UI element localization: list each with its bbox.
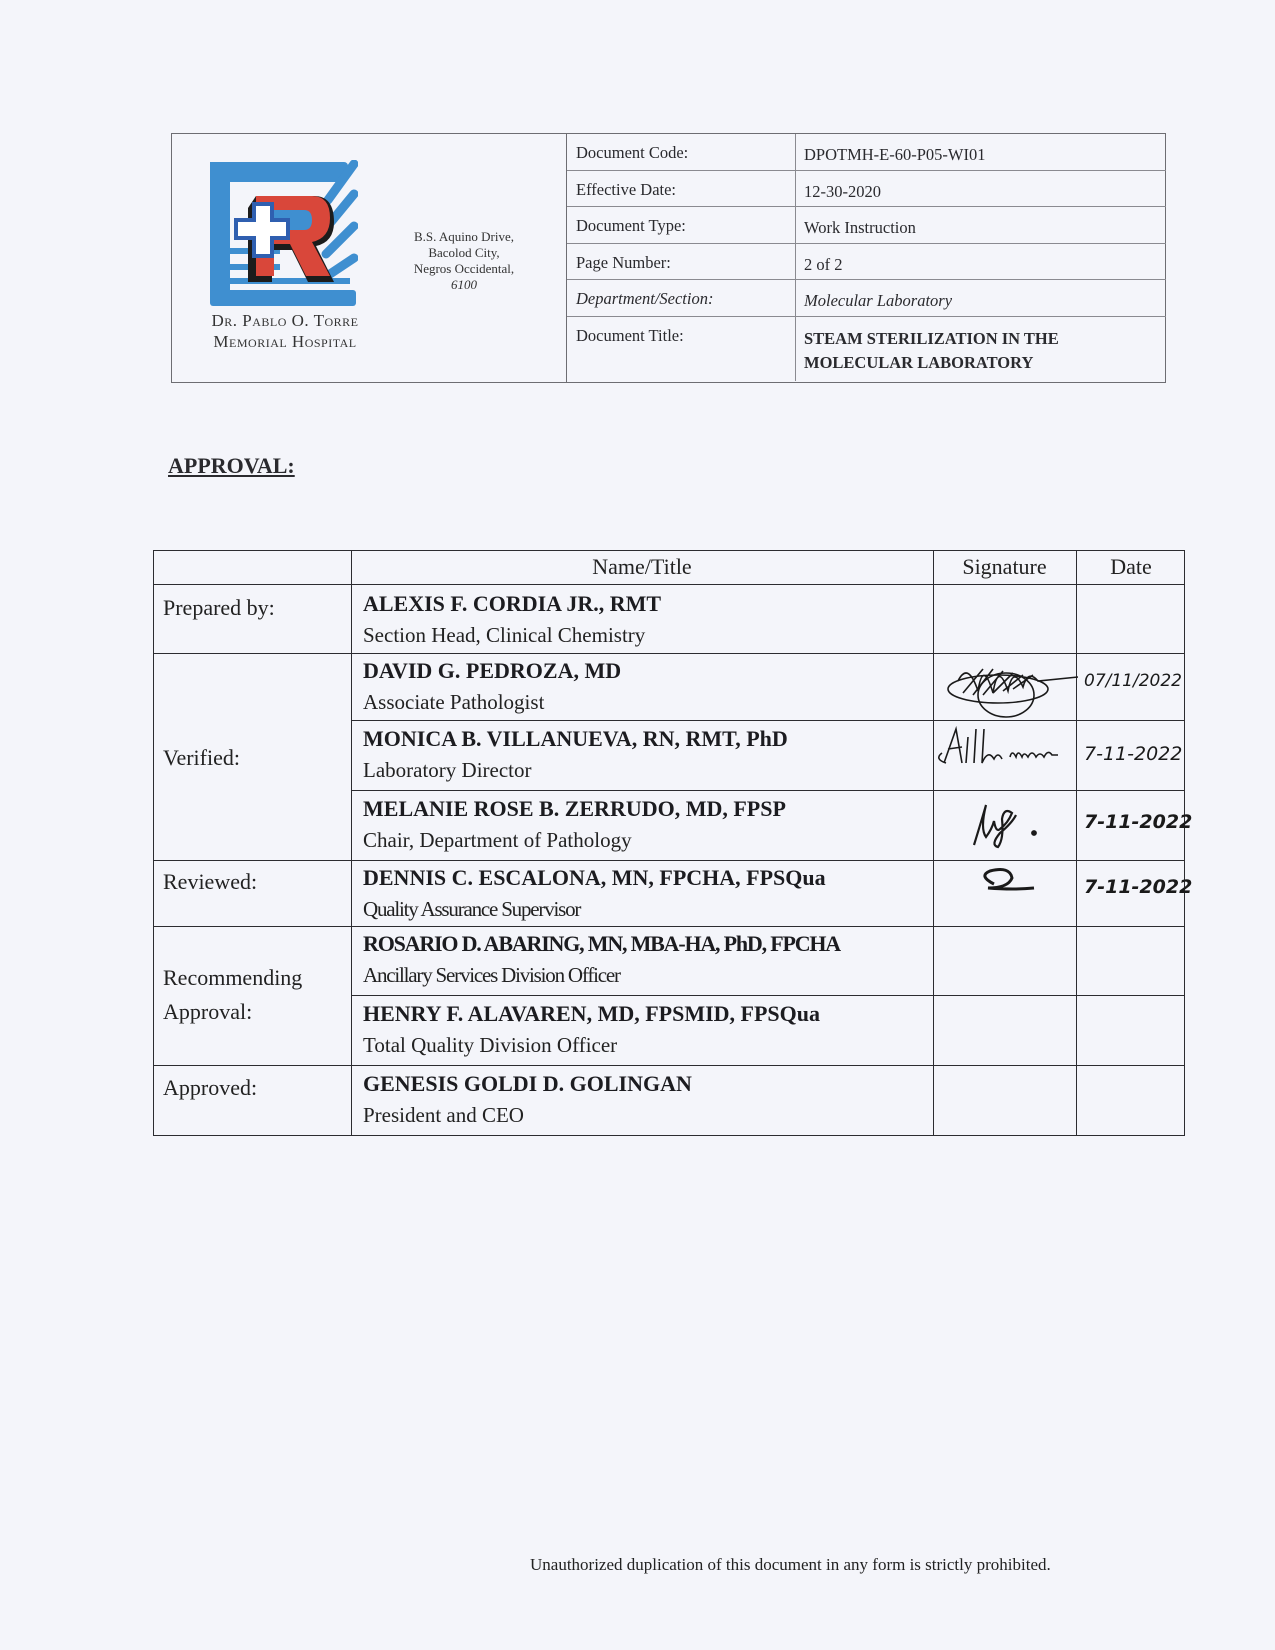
- column-header-signature: Signature: [933, 554, 1076, 580]
- meta-label: Document Type:: [576, 216, 686, 236]
- person-title: Chair, Department of Pathology: [363, 828, 632, 853]
- address-line: Negros Occidental,: [394, 261, 534, 277]
- address-line: B.S. Aquino Drive,: [394, 229, 534, 245]
- logo-cell: Dr. Pablo O. Torre Memorial Hospital B.S…: [172, 134, 566, 382]
- meta-row-document-code: Document Code: DPOTMH-E-60-P05-WI01: [567, 134, 1166, 171]
- meta-label: Page Number:: [576, 253, 671, 273]
- signed-date: 7-11-2022: [1084, 876, 1192, 898]
- person-name: DAVID G. PEDROZA, MD: [363, 658, 621, 684]
- hospital-name: Dr. Pablo O. Torre Memorial Hospital: [180, 310, 390, 352]
- signed-date: 07/11/2022: [1084, 671, 1182, 691]
- signature-zerrudo-icon: [964, 799, 1054, 854]
- approval-heading: APPROVAL:: [168, 453, 295, 479]
- meta-row-effective-date: Effective Date: 12-30-2020: [567, 171, 1166, 207]
- role-recommending-approval: Recommending Approval:: [163, 961, 302, 1029]
- meta-row-document-title: Document Title: STEAM STERILIZATION IN T…: [567, 317, 1166, 381]
- person-title: Total Quality Division Officer: [363, 1033, 617, 1058]
- meta-value: Work Instruction: [804, 216, 1158, 240]
- person-name: ROSARIO D. ABARING, MN, MBA-HA, PhD, FPC…: [363, 931, 840, 957]
- meta-row-page-number: Page Number: 2 of 2: [567, 244, 1166, 280]
- signed-date: 7-11-2022: [1084, 743, 1182, 765]
- person-name: DENNIS C. ESCALONA, MN, FPCHA, FPSQua: [363, 865, 826, 891]
- hospital-name-line1: Dr. Pablo O. Torre: [180, 310, 390, 331]
- role-prepared-by: Prepared by:: [163, 591, 275, 625]
- role-line: Recommending: [163, 961, 302, 995]
- person-title: Ancillary Services Division Officer: [363, 963, 620, 988]
- person-name: MELANIE ROSE B. ZERRUDO, MD, FPSP: [363, 796, 786, 822]
- document-title: STEAM STERILIZATION IN THE MOLECULAR LAB…: [804, 327, 1158, 375]
- meta-value: 2 of 2: [804, 253, 1158, 277]
- footer-notice: Unauthorized duplication of this documen…: [530, 1555, 1051, 1575]
- person-title: Associate Pathologist: [363, 690, 544, 715]
- person-name: MONICA B. VILLANUEVA, RN, RMT, PhD: [363, 726, 788, 752]
- meta-label: Effective Date:: [576, 180, 676, 200]
- signature-villanueva-icon: [932, 723, 1082, 783]
- address-line: Bacolod City,: [394, 245, 534, 261]
- person-name: ALEXIS F. CORDIA JR., RMT: [363, 591, 661, 617]
- role-reviewed: Reviewed:: [163, 865, 257, 899]
- hospital-logo-icon: [208, 160, 358, 310]
- meta-value: DPOTMH-E-60-P05-WI01: [804, 143, 1158, 167]
- role-line: Approval:: [163, 995, 302, 1029]
- meta-value: Molecular Laboratory: [804, 289, 1158, 313]
- address-zip: 6100: [394, 277, 534, 293]
- role-verified: Verified:: [163, 741, 240, 775]
- document-header: Dr. Pablo O. Torre Memorial Hospital B.S…: [171, 133, 1166, 383]
- meta-label: Document Code:: [576, 143, 688, 163]
- meta-row-department: Department/Section: Molecular Laboratory: [567, 280, 1166, 317]
- person-name: GENESIS GOLDI D. GOLINGAN: [363, 1071, 692, 1097]
- document-meta-table: Document Code: DPOTMH-E-60-P05-WI01 Effe…: [566, 134, 1166, 382]
- signature-pedroza-icon: [938, 651, 1078, 721]
- column-header-name-title: Name/Title: [351, 554, 933, 580]
- hospital-name-line2: Memorial Hospital: [180, 331, 390, 352]
- signed-date: 7-11-2022: [1084, 811, 1192, 833]
- person-title: President and CEO: [363, 1103, 524, 1128]
- person-title: Section Head, Clinical Chemistry: [363, 623, 645, 648]
- person-name: HENRY F. ALAVAREN, MD, FPSMID, FPSQua: [363, 1001, 820, 1027]
- person-title: Quality Assurance Supervisor: [363, 897, 580, 922]
- column-header-date: Date: [1076, 554, 1186, 580]
- signature-escalona-icon: [974, 866, 1044, 896]
- meta-value: 12-30-2020: [804, 180, 1158, 204]
- person-title: Laboratory Director: [363, 758, 532, 783]
- role-approved: Approved:: [163, 1071, 257, 1105]
- meta-row-document-type: Document Type: Work Instruction: [567, 207, 1166, 244]
- meta-label: Department/Section:: [576, 289, 713, 309]
- approval-table: Name/Title Signature Date Prepared by: A…: [153, 550, 1185, 1136]
- hospital-address: B.S. Aquino Drive, Bacolod City, Negros …: [394, 229, 534, 293]
- meta-label: Document Title:: [576, 326, 684, 346]
